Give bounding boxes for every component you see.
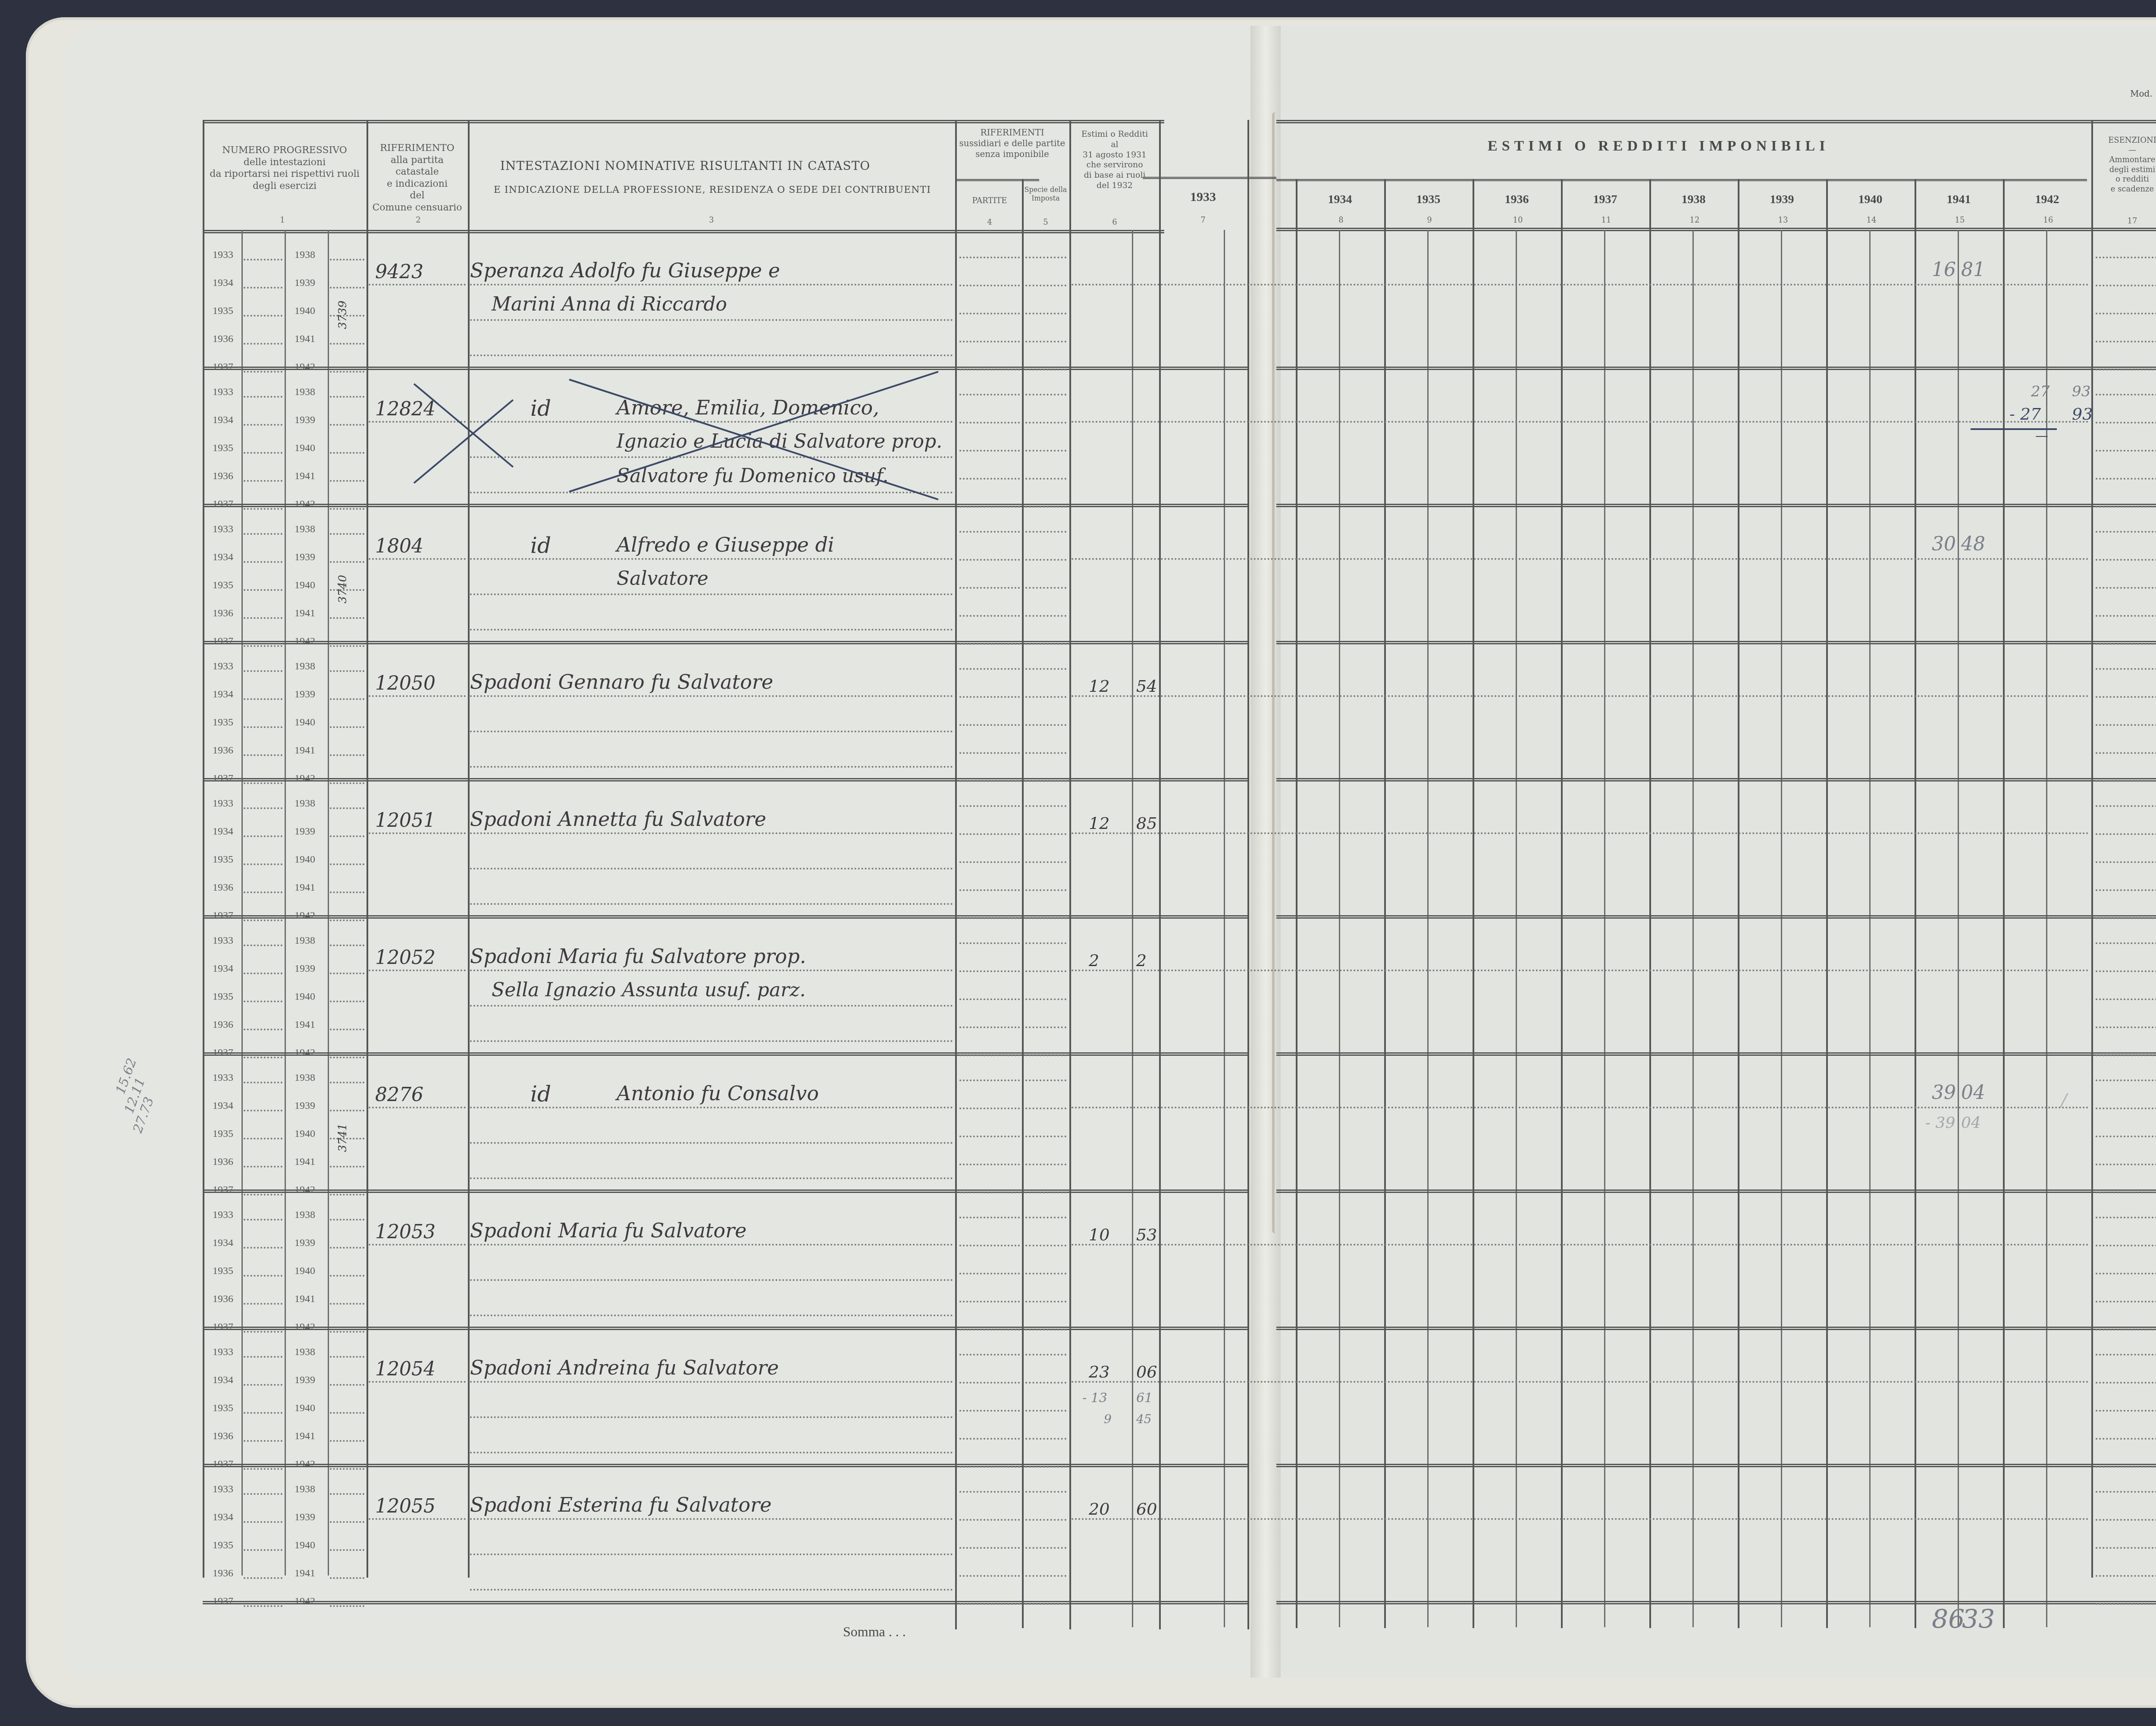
name-dotline (470, 355, 953, 356)
partite-dotline (959, 1164, 1020, 1165)
year-dotline (330, 1275, 364, 1277)
esenzioni-dotline (2096, 1164, 2156, 1165)
specie-dotline (1025, 450, 1066, 452)
header-col3-subtitle: E INDICAZIONE DELLA PROFESSIONE, RESIDEN… (494, 185, 931, 195)
header-esenzioni-line: e scadenze (2093, 185, 2156, 195)
value-dotline (1072, 832, 2089, 834)
contributor-name-line1: Spadoni Annetta fu Salvatore (470, 807, 766, 831)
entry-separator-right (1276, 1189, 2156, 1193)
year-dotline (330, 452, 364, 454)
grid-v-dec-1937 (1604, 230, 1605, 1627)
header-col6-line: di base ai ruoli (1072, 170, 1158, 181)
year-dotline (330, 1440, 364, 1442)
year-dotline (330, 1521, 364, 1523)
col6-value-dec: 54 (1136, 677, 1157, 696)
grid-v-col2 (367, 120, 368, 1578)
partite-dotline (959, 1301, 1020, 1302)
year-label-left: 1934 (213, 552, 233, 563)
entry-separator-left (203, 367, 1248, 370)
name-dotline (470, 1142, 953, 1144)
header-top-rule-right (1276, 120, 2156, 123)
year-label-right: 1939 (295, 963, 315, 975)
esenzioni-dotline (2096, 1245, 2156, 1246)
year-dotline (244, 670, 282, 672)
contributor-name-line2: Salvatore (617, 568, 708, 590)
header-year: 1941 (1915, 193, 2003, 207)
year-dotline (330, 1605, 364, 1607)
value-1941-int: 30 (1932, 533, 1956, 555)
esenzioni-dotline (2096, 643, 2156, 645)
year-label-right: 1942 (295, 1459, 315, 1470)
entry-separator-right (1276, 641, 2156, 644)
year-label-left: 1935 (213, 1403, 233, 1414)
entry-separator-left (203, 641, 1248, 644)
year-label-left: 1937 (213, 636, 233, 647)
partite-dotline (959, 1329, 1020, 1331)
grid-v-dec-1935 (1427, 230, 1429, 1627)
esenzioni-dotline (2096, 724, 2156, 726)
partita-number: 12050 (375, 672, 436, 694)
grid-v-left-edge (203, 120, 204, 1578)
year-label-right: 1940 (295, 1403, 315, 1414)
specie-dotline (1025, 1217, 1066, 1218)
year-label-left: 1933 (213, 524, 233, 535)
year-label-left: 1934 (213, 277, 233, 289)
year-dotline (244, 1331, 282, 1333)
header-specie-imposta: Specie della Imposta (1024, 185, 1067, 203)
year-label-left: 1937 (213, 1047, 233, 1059)
year-dotline (244, 1057, 282, 1058)
year-label-left: 1934 (213, 414, 233, 426)
year-label-right: 1939 (295, 1100, 315, 1112)
year-dotline (244, 1549, 282, 1551)
year-dotline (244, 945, 282, 946)
esenzioni-dotline (2096, 1547, 2156, 1549)
header-col1-title: NUMERO PROGRESSIVO (205, 144, 364, 157)
year-label-right: 1938 (295, 1346, 315, 1358)
year-dotline (244, 1275, 282, 1277)
esenzioni-dotline (2096, 313, 2156, 314)
grid-v-1940 (1826, 179, 1828, 1628)
grid-v-dec-1934 (1339, 230, 1340, 1627)
year-label-left: 1934 (213, 826, 233, 838)
entry-separator-right (1276, 1052, 2156, 1056)
esenzioni-dotline (2096, 1273, 2156, 1274)
contributor-name-line1: Spadoni Maria fu Salvatore prop. (470, 945, 806, 968)
grid-v-year-a (241, 230, 243, 1575)
header-year-1933: 1933 (1160, 190, 1246, 204)
year-dotline (244, 1384, 282, 1386)
year-label-left: 1934 (213, 689, 233, 700)
right-page (1263, 26, 2156, 1678)
header-estimi-split-rule (1276, 179, 2087, 181)
year-dotline (330, 726, 364, 728)
name-dotline (470, 695, 953, 697)
partite-dotline (959, 1273, 1020, 1274)
name-dotline (470, 1244, 953, 1246)
grid-v-col7-dec (1224, 230, 1225, 1627)
partite-dotline (959, 998, 1020, 1000)
side-reference: 3740 (336, 575, 349, 603)
grid-v-esenzioni (2091, 120, 2093, 1578)
year-label-left: 1936 (213, 745, 233, 756)
year-dotline (330, 1166, 364, 1167)
year-label-left: 1937 (213, 1321, 233, 1333)
specie-dotline (1025, 559, 1066, 561)
specie-dotline (1025, 1273, 1066, 1274)
year-dotline (330, 424, 364, 426)
partite-dotline (959, 257, 1020, 258)
esenzioni-dotline (2096, 1026, 2156, 1028)
specie-dotline (1025, 1438, 1066, 1440)
esenzioni-dotline (2096, 805, 2156, 807)
name-dotline (470, 284, 953, 286)
specie-dotline (1025, 1054, 1066, 1056)
specie-dotline (1025, 1245, 1066, 1246)
partite-dotline (959, 1245, 1020, 1246)
year-dotline (330, 1082, 364, 1083)
esenzioni-dotline (2096, 615, 2156, 617)
entry-separator-right (1276, 778, 2156, 781)
year-label-left: 1934 (213, 1375, 233, 1386)
specie-dotline (1025, 1519, 1066, 1521)
partite-dotline (959, 506, 1020, 508)
specie-dotline (1025, 805, 1066, 807)
entry-separator-left (203, 778, 1248, 781)
specie-dotline (1025, 889, 1066, 891)
year-dotline (330, 698, 364, 700)
col-number: 6 (1108, 218, 1121, 227)
contributor-name-line1: Spadoni Andreina fu Salvatore (470, 1356, 779, 1379)
year-label-right: 1938 (295, 249, 315, 261)
specie-dotline (1025, 1491, 1066, 1493)
specie-dotline (1025, 1547, 1066, 1549)
esenzioni-dotline (2096, 889, 2156, 891)
year-label-right: 1940 (295, 1540, 315, 1551)
entry-separator-right (1276, 504, 2156, 507)
year-label-right: 1941 (295, 1431, 315, 1442)
year-label-right: 1938 (295, 798, 315, 810)
year-dotline (330, 1493, 364, 1495)
partite-dotline (959, 1603, 1020, 1605)
year-dotline (244, 1577, 282, 1579)
header-year: 1938 (1649, 193, 1738, 207)
partite-dotline (959, 1217, 1020, 1218)
contributor-name-line1: Spadoni Gennaro fu Salvatore (470, 670, 773, 694)
contributor-name-line1: Spadoni Esterina fu Salvatore (470, 1493, 771, 1516)
header-col6-line: Estimi o Redditi (1072, 129, 1158, 140)
specie-dotline (1025, 369, 1066, 370)
partite-dotline (959, 668, 1020, 670)
value-dotline (1072, 970, 2089, 971)
esenzioni-dotline (2096, 1575, 2156, 1577)
specie-dotline (1025, 1080, 1066, 1081)
year-label-right: 1942 (295, 499, 315, 510)
col-number: 17 (2126, 217, 2139, 226)
year-dotline (330, 508, 364, 510)
specie-dotline (1025, 394, 1066, 395)
year-dotline (330, 1194, 364, 1196)
year-label-left: 1933 (213, 1072, 233, 1084)
year-dotline (330, 1110, 364, 1111)
value-dotline (1072, 421, 2089, 423)
specie-dotline (1025, 643, 1066, 645)
year-dotline (244, 1468, 282, 1470)
year-label-right: 1941 (295, 882, 315, 894)
specie-dotline (1025, 1108, 1066, 1109)
specie-dotline (1025, 1575, 1066, 1577)
header-col2-line: Comune censuario (369, 202, 466, 214)
year-dotline (330, 1219, 364, 1221)
esenzioni-dotline (2096, 394, 2156, 395)
header-esenzioni-dash: — (2093, 146, 2156, 156)
esenzioni-dotline (2096, 1192, 2156, 1193)
partite-dotline (959, 1054, 1020, 1056)
col6-value-int: 23 (1089, 1362, 1109, 1381)
year-dotline (330, 973, 364, 974)
grid-v-dec-1941 (1958, 230, 1959, 1627)
header-esenzioni: ESENZIONI — Ammontare degli estimi o red… (2093, 136, 2156, 194)
specie-dotline (1025, 1410, 1066, 1412)
header-partite: PARTITE (957, 196, 1022, 206)
partita-number: 12054 (375, 1358, 436, 1380)
year-label-left: 1937 (213, 1459, 233, 1470)
year-label-left: 1936 (213, 1568, 233, 1579)
year-label-left: 1934 (213, 1512, 233, 1523)
side-reference: 3739 (336, 301, 349, 329)
header-riferimenti-title: RIFERIMENTI (957, 127, 1067, 138)
year-label-right: 1939 (295, 414, 315, 426)
year-dotline (330, 919, 364, 921)
specie-dotline (1025, 998, 1066, 1000)
partite-dotline (959, 889, 1020, 891)
binding-thread (1272, 112, 1278, 1233)
header-esenzioni-title: ESENZIONI (2093, 136, 2156, 146)
partite-dotline (959, 1192, 1020, 1193)
partite-dotline (959, 587, 1020, 589)
year-label-right: 1938 (295, 661, 315, 672)
year-label-left: 1936 (213, 1431, 233, 1442)
col6-value-int: 12 (1089, 814, 1109, 833)
year-label-left: 1933 (213, 1484, 233, 1495)
esenzioni-dotline (2096, 942, 2156, 944)
year-dotline (330, 670, 364, 672)
specie-dotline (1025, 1329, 1066, 1331)
year-dotline (330, 863, 364, 865)
partite-dotline (959, 1466, 1020, 1468)
col-number: 1 (276, 216, 289, 225)
partita-number: 12053 (375, 1221, 436, 1243)
specie-dotline (1025, 531, 1066, 533)
grid-v-1941 (1915, 179, 1916, 1628)
partite-dotline (959, 369, 1020, 370)
year-label-right: 1938 (295, 1209, 315, 1221)
year-label-right: 1942 (295, 1321, 315, 1333)
value-1942-sub-dec: 93 (2072, 405, 2093, 424)
grid-v-dec-1936 (1516, 230, 1517, 1627)
year-label-left: 1936 (213, 608, 233, 619)
header-year: 1936 (1473, 193, 1561, 207)
entry-separator-left (203, 504, 1248, 507)
entry-separator-right (1276, 915, 2156, 919)
partita-dotline (369, 421, 466, 423)
partite-dotline (959, 861, 1020, 863)
year-label-left: 1937 (213, 361, 233, 373)
partite-dotline (959, 1519, 1020, 1521)
header-year: 1935 (1384, 193, 1473, 207)
header-col3-title: INTESTAZIONI NOMINATIVE RISULTANTI IN CA… (500, 159, 870, 173)
esenzioni-dotline (2096, 559, 2156, 561)
col-number: 7 (1197, 216, 1210, 225)
grid-v-dec-1938 (1692, 230, 1694, 1627)
year-dotline (244, 863, 282, 865)
header-col2-title: RIFERIMENTO (369, 142, 466, 154)
year-dotline (244, 1493, 282, 1495)
contributor-name-line1: Speranza Adolfo fu Giuseppe e (470, 259, 780, 282)
partite-dotline (959, 805, 1020, 807)
name-dotline (470, 319, 953, 321)
year-dotline (244, 1029, 282, 1030)
specie-dotline (1025, 587, 1066, 589)
year-label-right: 1939 (295, 277, 315, 289)
year-label-right: 1938 (295, 1072, 315, 1084)
header-col2-line: del (369, 190, 466, 202)
year-label-left: 1933 (213, 798, 233, 810)
name-dotline (470, 970, 953, 971)
year-dotline (244, 1412, 282, 1414)
specie-dotline (1025, 1354, 1066, 1356)
partita-number: 12051 (375, 810, 436, 832)
year-label-left: 1937 (213, 1184, 233, 1196)
name-dotline (470, 558, 953, 560)
value-1942-sub-int: - 27 (2009, 405, 2041, 424)
esenzioni-dotline (2096, 587, 2156, 589)
value-1942-dec: 93 (2072, 383, 2090, 400)
specie-dotline (1025, 696, 1066, 698)
contributor-name-line2: Sella Ignazio Assunta usuf. parz. (492, 979, 805, 1001)
somma-1941-int: 86 (1932, 1604, 1965, 1635)
year-dotline (244, 617, 282, 619)
contributor-name-line2: Ignazio e Lucia di Salvatore prop. (617, 430, 942, 452)
entry-separator-left (203, 1052, 1248, 1056)
specie-dotline (1025, 1136, 1066, 1137)
contributor-name-line1: Alfredo e Giuseppe di (617, 533, 834, 556)
year-label-right: 1940 (295, 580, 315, 591)
name-dotline (470, 1518, 953, 1520)
header-riferimenti: RIFERIMENTI sussidiari e delle partite s… (957, 127, 1067, 160)
year-label-left: 1937 (213, 773, 233, 785)
header-esenzioni-line: Ammontare (2093, 155, 2156, 165)
name-dotline (470, 1416, 953, 1418)
name-dotline (470, 1315, 953, 1316)
col6-value-dec: 06 (1136, 1362, 1157, 1381)
year-dotline (330, 1247, 364, 1249)
name-dotline (470, 731, 953, 732)
specie-dotline (1025, 478, 1066, 480)
grid-v-1942 (2003, 179, 2005, 1628)
partite-dotline (959, 724, 1020, 726)
year-dotline (330, 1001, 364, 1002)
esenzioni-dotline (2096, 1466, 2156, 1468)
year-dotline (330, 480, 364, 482)
esenzioni-dotline (2096, 1519, 2156, 1521)
year-dotline (330, 835, 364, 837)
year-dotline (330, 645, 364, 647)
esenzioni-dotline (2096, 1054, 2156, 1056)
partite-dotline (959, 917, 1020, 919)
specie-dotline (1025, 668, 1066, 670)
year-label-right: 1941 (295, 1293, 315, 1305)
year-dotline (244, 1247, 282, 1249)
year-dotline (330, 891, 364, 893)
side-reference: 3741 (336, 1123, 349, 1152)
name-dotline (470, 868, 953, 869)
year-label-left: 1936 (213, 1019, 233, 1031)
specie-dotline (1025, 1192, 1066, 1193)
entry-separator-right (1276, 1327, 2156, 1330)
year-dotline (330, 1468, 364, 1470)
header-1933-split-rule (1143, 177, 1276, 179)
name-prefix-id: id (530, 396, 551, 421)
esenzioni-dotline (2096, 780, 2156, 782)
year-label-right: 1941 (295, 608, 315, 619)
esenzioni-dotline (2096, 696, 2156, 698)
col6-value-int: 12 (1089, 677, 1109, 696)
grid-v-year-b (285, 230, 286, 1575)
year-dotline (244, 287, 282, 289)
partita-dotline (369, 1244, 466, 1246)
year-dotline (244, 891, 282, 893)
year-dotline (244, 315, 282, 317)
partite-dotline (959, 1354, 1020, 1356)
header-bottom-rule-left (203, 230, 1164, 233)
esenzioni-dotline (2096, 1382, 2156, 1384)
grid-v-col4 (955, 120, 957, 1629)
contributor-name-line1: Spadoni Maria fu Salvatore (470, 1219, 746, 1242)
esenzioni-dotline (2096, 1438, 2156, 1440)
entry-separator-left (203, 915, 1248, 919)
partite-dotline (959, 643, 1020, 645)
year-label-right: 1941 (295, 333, 315, 345)
year-dotline (330, 287, 364, 289)
esenzioni-dotline (2096, 1217, 2156, 1218)
year-label-left: 1935 (213, 1540, 233, 1551)
esenzioni-dotline (2096, 506, 2156, 508)
year-dotline (330, 561, 364, 563)
col-number: 8 (1335, 216, 1347, 225)
partite-dotline (959, 1491, 1020, 1493)
year-label-left: 1933 (213, 1346, 233, 1358)
esenzioni-dotline (2096, 1603, 2156, 1605)
col6-result-int: 9 (1104, 1412, 1112, 1426)
year-label-right: 1940 (295, 854, 315, 866)
specie-dotline (1025, 1382, 1066, 1384)
entry-separator-left (203, 1601, 1248, 1604)
specie-dotline (1025, 833, 1066, 835)
partita-dotline (369, 1107, 466, 1108)
year-label-right: 1941 (295, 1019, 315, 1031)
specie-dotline (1025, 1603, 1066, 1605)
partite-dotline (959, 1547, 1020, 1549)
col6-value-dec: 2 (1136, 951, 1147, 970)
year-label-left: 1937 (213, 499, 233, 510)
header-year: 1940 (1826, 193, 1915, 207)
col-number: 10 (1511, 216, 1524, 225)
year-label-right: 1939 (295, 1375, 315, 1386)
partita-number: 12824 (375, 398, 436, 420)
specie-dotline (1025, 1164, 1066, 1165)
specie-dotline (1025, 780, 1066, 782)
